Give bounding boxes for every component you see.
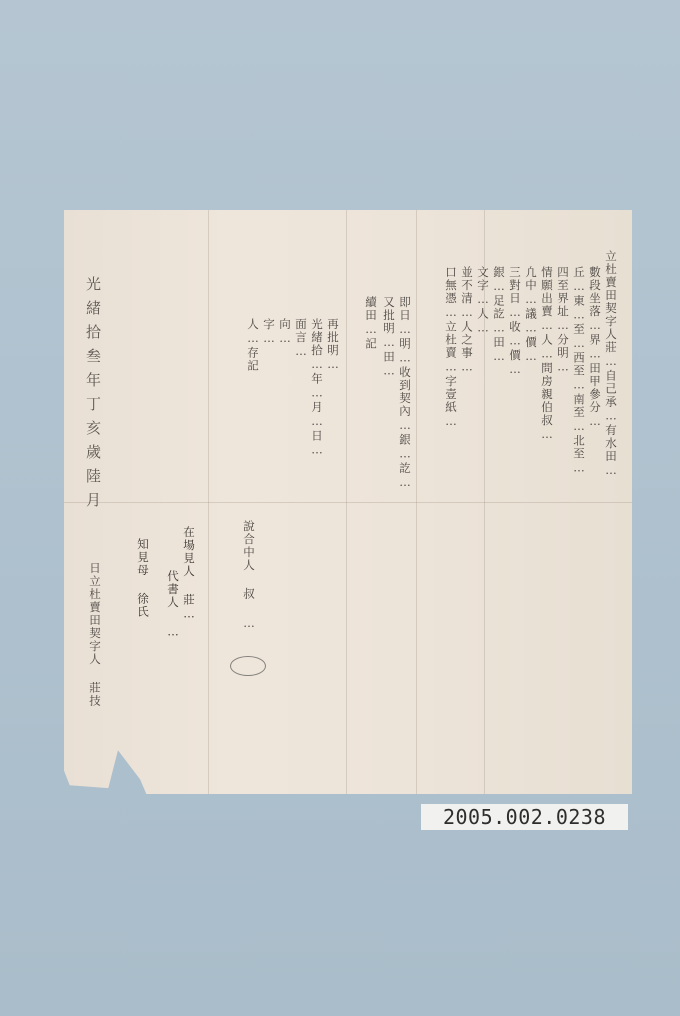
seal-mark xyxy=(230,656,266,676)
object-number-label: 2005.002.0238 xyxy=(421,804,628,830)
witness-column: 在場見人 莊… xyxy=(182,526,196,686)
body-column: 數段坐落…界…田甲參分… xyxy=(588,266,602,786)
body-column: 並不清…人之事… xyxy=(460,266,474,786)
body-column: 銀…足訖…田… xyxy=(492,266,506,786)
body-column: 凢中…議…價… xyxy=(524,266,538,786)
witness-column: 知見母 徐氏 xyxy=(136,538,150,648)
body-column: 又批明…田… xyxy=(382,296,396,776)
contract-paper: 立杜賣田契字人莊…自己承…有水田… 數段坐落…界…田甲參分… 丘…東…至…西至…… xyxy=(64,210,632,794)
body-column: 光緒拾…年…月…日… xyxy=(310,318,324,788)
body-column: 三對日…收…價… xyxy=(508,266,522,786)
intermediary-column: 說合中人 叔 … xyxy=(242,520,256,660)
body-column: 字… xyxy=(262,318,276,498)
body-column: 文字…人… xyxy=(476,266,490,786)
body-column: 丘…東…至…西至…南至…北至… xyxy=(572,266,586,786)
body-column: 即日…明…收到契內…銀…訖… xyxy=(398,296,412,776)
body-column: 立杜賣田契字人莊…自己承…有水田… xyxy=(604,250,618,790)
witness-column: 代書人 … xyxy=(166,570,180,670)
signatory-column: 日立杜賣田契字人 莊技 xyxy=(88,562,102,762)
body-column: 四至界址…分明… xyxy=(556,266,570,786)
body-column: 情願出賣…人…問房親伯叔… xyxy=(540,266,554,786)
body-column: 口無憑…立杜賣…字壹紙… xyxy=(444,266,458,786)
body-column: 面言… xyxy=(294,318,308,788)
body-column: 再批明… xyxy=(326,318,340,758)
body-column: 續田…記 xyxy=(364,296,378,416)
date-column: 光緒拾叁年丁亥歲陸月 xyxy=(86,276,100,526)
body-column: 向… xyxy=(278,318,292,788)
body-column: 人…存記 xyxy=(246,318,260,418)
